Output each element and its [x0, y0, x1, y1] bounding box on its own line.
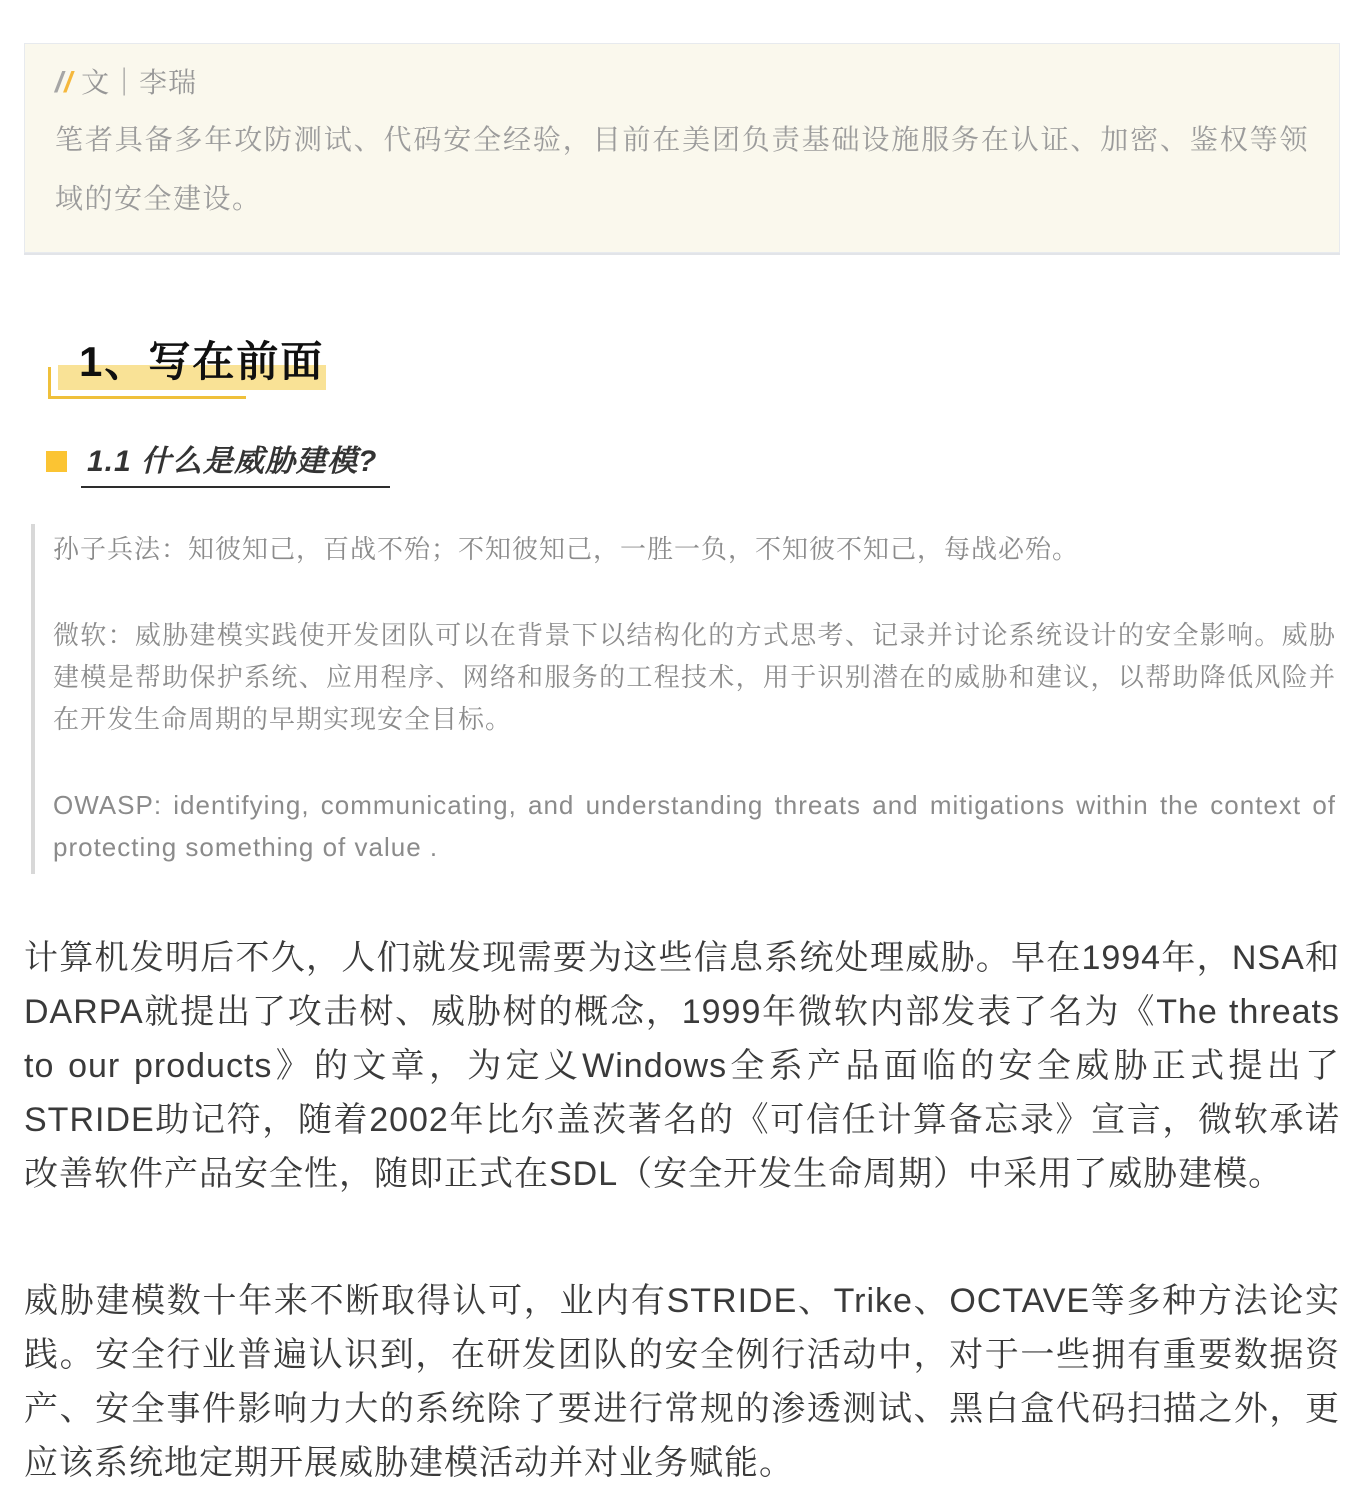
body-paragraphs: 计算机发明后不久，人们就发现需要为这些信息系统处理威胁。早在1994年，NSA和…	[24, 931, 1340, 1490]
author-info-box: //文｜李瑞 笔者具备多年攻防测试、代码安全经验，目前在美团负责基础设施服务在认…	[24, 43, 1340, 253]
article-content: //文｜李瑞 笔者具备多年攻防测试、代码安全经验，目前在美团负责基础设施服务在认…	[0, 43, 1364, 1490]
quote-paragraph: 孙子兵法：知彼知己，百战不殆；不知彼知己，一胜一负，不知彼不知己，每战必殆。	[53, 528, 1336, 570]
quote-paragraph: 微软：威胁建模实践使开发团队可以在背景下以结构化的方式思考、记录并讨论系统设计的…	[53, 614, 1336, 740]
square-bullet-icon	[46, 451, 67, 472]
section-heading: 1、写在前面	[48, 341, 326, 404]
body-paragraph: 威胁建模数十年来不断取得认可，业内有STRIDE、Trike、OCTAVE等多种…	[24, 1274, 1340, 1490]
quote-paragraph: OWASP: identifying, communicating, and u…	[53, 784, 1336, 868]
body-paragraph: 计算机发明后不久，人们就发现需要为这些信息系统处理威胁。早在1994年，NSA和…	[24, 931, 1340, 1201]
section-heading-text: 1、写在前面	[79, 338, 324, 385]
author-bio: 笔者具备多年攻防测试、代码安全经验，目前在美团负责基础设施服务在认证、加密、鉴权…	[55, 110, 1309, 228]
byline-slash-gold: /	[64, 67, 73, 99]
section-heading-row: 1、写在前面	[24, 253, 1340, 404]
definitions-blockquote: 孙子兵法：知彼知己，百战不殆；不知彼知己，一胜一负，不知彼不知己，每战必殆。微软…	[31, 524, 1340, 874]
byline: //文｜李瑞	[55, 64, 1309, 102]
byline-slash-gray: /	[55, 67, 64, 99]
subsection-heading-text: 1.1 什么是威胁建模?	[81, 445, 390, 488]
subsection-heading: 1.1 什么是威胁建模?	[46, 445, 1340, 488]
byline-author: 文｜李瑞	[81, 67, 197, 98]
